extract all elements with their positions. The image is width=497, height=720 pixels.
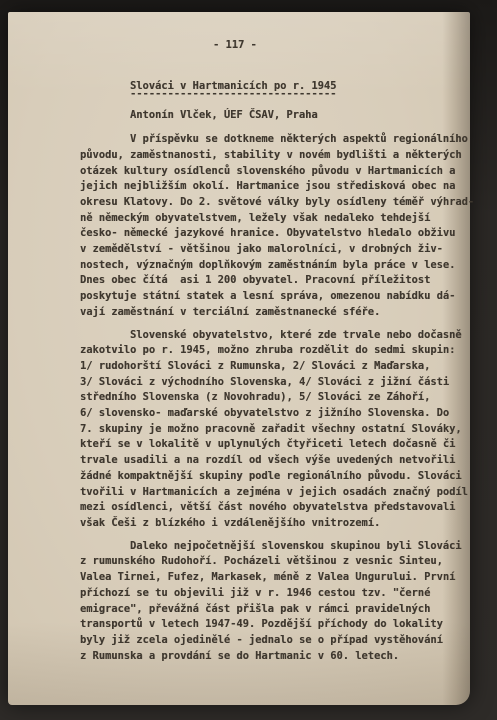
text-line: mezi osídlenci, větší část nového obyvat…	[80, 500, 470, 516]
text-line: 6/ slovensko- maďarské obyvatelstvo z ji…	[80, 406, 470, 422]
document-body: V příspěvku se dotkneme některých aspekt…	[80, 132, 470, 664]
text-line: V příspěvku se dotkneme některých aspekt…	[80, 132, 470, 148]
text-line: však Češi z blízkého i vzdálenějšího vni…	[80, 516, 470, 532]
text-line: jejich nejbližším okolí. Hartmanice jsou…	[80, 179, 470, 195]
text-line: ně německým obyvatelstvem, ležely však n…	[80, 211, 470, 227]
page-number: - 117 -	[213, 38, 470, 54]
text-line: z rumunského Rudohoří. Pocházeli většino…	[80, 554, 470, 570]
text-line: Slovenské obyvatelstvo, které zde trvale…	[80, 328, 470, 344]
paragraph: Daleko nejpočetnější slovenskou skupinou…	[80, 539, 470, 665]
page-content: - 117 - Slováci v Hartmanicích po r. 194…	[8, 12, 470, 664]
text-line: Valea Tirnei, Fufez, Markasek, méně z Va…	[80, 570, 470, 586]
text-line: Daleko nejpočetnější slovenskou skupinou…	[80, 539, 470, 555]
text-line: Dnes obec čítá asi 1 200 obyvatel. Praco…	[80, 273, 470, 289]
text-line: 3/ Slováci z východního Slovenska, 4/ Sl…	[80, 375, 470, 391]
text-line: trvale usadili a na rozdíl od všech výše…	[80, 453, 470, 469]
text-line: vají zaměstnání v terciální zaměstnaneck…	[80, 305, 470, 321]
text-line: žádné kompaktnější skupiny podle regioná…	[80, 469, 470, 485]
text-line: nostech, význačným doplňkovým zaměstnání…	[80, 258, 470, 274]
text-line: 1/ rudohorští Slováci z Rumunska, 2/ Slo…	[80, 359, 470, 375]
paragraph: Slovenské obyvatelstvo, které zde trvale…	[80, 328, 470, 532]
paragraph: V příspěvku se dotkneme některých aspekt…	[80, 132, 470, 320]
byline: Antonín Vlček, ÚEF ČSAV, Praha	[130, 108, 470, 124]
text-line: byly již zcela ojedinělé - jednalo se o …	[80, 633, 470, 649]
scanned-page-photo: - 117 - Slováci v Hartmanicích po r. 194…	[0, 0, 497, 720]
text-line: zakotvilo po r. 1945, možno zhruba rozdě…	[80, 343, 470, 359]
text-line: česko- německé jazykové hranice. Obyvate…	[80, 226, 470, 242]
text-line: kteří se v lokalitě v uplynulých čtyřice…	[80, 437, 470, 453]
title-underline: ---------------------------------	[130, 90, 470, 98]
text-line: 7. skupiny je možno pracovně zařadit vše…	[80, 422, 470, 438]
text-line: poskytuje státní statek a lesní správa, …	[80, 289, 470, 305]
text-line: původu, zaměstnanosti, stability v novém…	[80, 148, 470, 164]
text-line: z Rumunska a provdání se do Hartmanic v …	[80, 649, 470, 665]
text-line: otázek kultury osídlenců slovenského pův…	[80, 164, 470, 180]
text-line: středního Slovenska (z Novohradu), 5/ Sl…	[80, 390, 470, 406]
text-line: příchozí se tu objevili již v r. 1946 ce…	[80, 586, 470, 602]
text-line: emigrace", převážná část přišla pak v rá…	[80, 602, 470, 618]
text-line: transportů v letech 1947-49. Pozdější př…	[80, 617, 470, 633]
text-line: tvořili v Hartmanicích a zejména v jejic…	[80, 485, 470, 501]
text-line: v zemědělství - většinou jako malorolníc…	[80, 242, 470, 258]
text-line: okresu Klatovy. Do 2. světové války byly…	[80, 195, 470, 211]
document-page: - 117 - Slováci v Hartmanicích po r. 194…	[8, 12, 470, 705]
